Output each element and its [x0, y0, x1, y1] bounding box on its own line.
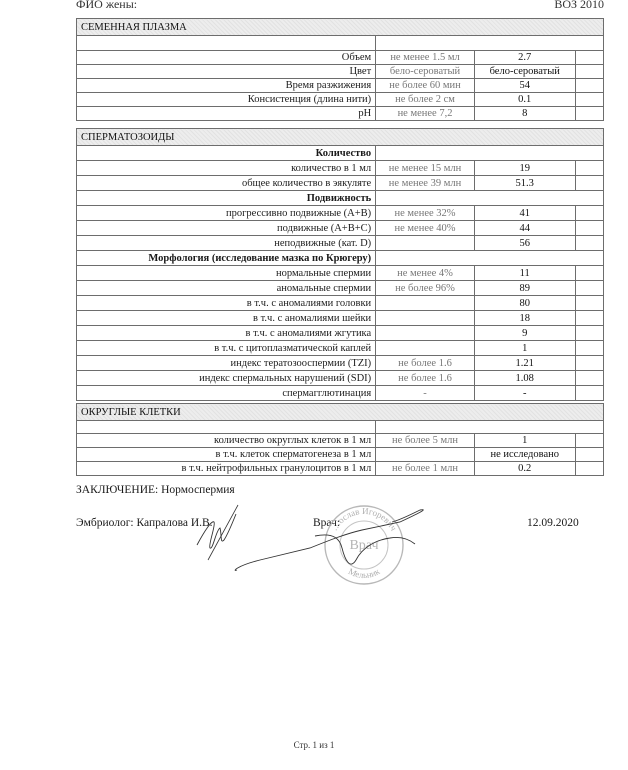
round-cells-table: ОКРУГЛЫЕ КЛЕТКИ количество округлых клет…	[76, 403, 604, 476]
blank-cell	[575, 326, 603, 341]
table-row: индекс тератозооспермии (TZI)не более 1.…	[77, 356, 604, 371]
parameter-name: неподвижные (кат. D)	[77, 236, 376, 251]
reference-norm: не более 1.6	[376, 356, 475, 371]
section-title: ОКРУГЛЫЕ КЛЕТКИ	[77, 404, 604, 421]
table-row: количество округлых клеток в 1 млне боле…	[77, 434, 604, 448]
wife-name-label: ФИО жены:	[76, 0, 137, 12]
parameter-name: pH	[77, 107, 376, 121]
result-value: -	[474, 386, 575, 401]
table-row: в т.ч. с аномалиями головки80	[77, 296, 604, 311]
parameter-name: общее количество в эякуляте	[77, 176, 376, 191]
table-row: неподвижные (кат. D)56	[77, 236, 604, 251]
blank-cell	[575, 356, 603, 371]
blank-cell	[575, 93, 603, 107]
table-row: pHне менее 7,28	[77, 107, 604, 121]
result-value: 0.2	[474, 462, 575, 476]
result-value: 8	[474, 107, 575, 121]
reference-norm: не менее 39 млн	[376, 176, 475, 191]
result-value: 44	[474, 221, 575, 236]
blank-cell	[376, 36, 604, 51]
parameter-name: индекс спермальных нарушений (SDI)	[77, 371, 376, 386]
blank-cell	[575, 448, 603, 462]
blank-cell	[575, 281, 603, 296]
blank-cell	[376, 146, 604, 161]
reference-norm	[376, 236, 475, 251]
table-row: Консистенция (длина нити)не более 2 см0.…	[77, 93, 604, 107]
svg-text:Мельник: Мельник	[347, 566, 382, 580]
reference-norm: не менее 32%	[376, 206, 475, 221]
reference-norm: не более 1.6	[376, 371, 475, 386]
subsection-title: Подвижность	[77, 191, 376, 206]
result-value: 51.3	[474, 176, 575, 191]
reference-norm: -	[376, 386, 475, 401]
table-row: прогрессивно подвижные (A+B)не менее 32%…	[77, 206, 604, 221]
blank-cell	[575, 296, 603, 311]
subsection-title: Количество	[77, 146, 376, 161]
parameter-name: в т.ч. нейтрофильных гранулоцитов в 1 мл	[77, 462, 376, 476]
parameter-name: Время разжижения	[77, 79, 376, 93]
blank-cell	[376, 421, 604, 434]
blank-cell	[77, 36, 376, 51]
reference-norm: не более 2 см	[376, 93, 475, 107]
table-row: количество в 1 млне менее 15 млн19	[77, 161, 604, 176]
reference-norm: бело-сероватый	[376, 65, 475, 79]
parameter-name: Объем	[77, 51, 376, 65]
subsection-title: Морфология (исследование мазка по Крюгер…	[77, 251, 376, 266]
result-value: 9	[474, 326, 575, 341]
reference-norm: не менее 7,2	[376, 107, 475, 121]
reference-norm: не более 1 млн	[376, 462, 475, 476]
subsection-row: Подвижность	[77, 191, 604, 206]
result-value: 80	[474, 296, 575, 311]
reference-norm: не менее 1.5 мл	[376, 51, 475, 65]
doctor-stamp-icon: …ослав Игоревич Врач Мельник	[323, 504, 405, 586]
blank-cell	[575, 311, 603, 326]
parameter-name: Цвет	[77, 65, 376, 79]
blank-cell	[575, 51, 603, 65]
parameter-name: аномальные спермии	[77, 281, 376, 296]
blank-cell	[575, 462, 603, 476]
result-value: 11	[474, 266, 575, 281]
blank-cell	[575, 266, 603, 281]
stamp-bottom-text: Мельник	[347, 566, 382, 580]
table-row: подвижные (A+B+C)не менее 40%44	[77, 221, 604, 236]
parameter-name: нормальные спермии	[77, 266, 376, 281]
result-value: 1.21	[474, 356, 575, 371]
result-value: 41	[474, 206, 575, 221]
section-title: СЕМЕННАЯ ПЛАЗМА	[77, 19, 604, 36]
stamp-top-text: …ослав Игоревич	[329, 506, 399, 533]
blank-cell	[575, 79, 603, 93]
blank-cell	[77, 421, 376, 434]
table-row: в т.ч. с цитоплазматической каплей1	[77, 341, 604, 356]
date: 12.09.2020	[527, 517, 579, 529]
table-row: индекс спермальных нарушений (SDI)не бол…	[77, 371, 604, 386]
svg-text:…ослав Игоревич: …ослав Игоревич	[329, 506, 399, 533]
result-value: 89	[474, 281, 575, 296]
blank-cell	[575, 176, 603, 191]
embryologist-signature-label: Эмбриолог: Капралова И.В.	[76, 517, 213, 529]
result-value: 0.1	[474, 93, 575, 107]
blank-cell	[376, 251, 604, 266]
reference-norm: не менее 15 млн	[376, 161, 475, 176]
reference-norm	[376, 341, 475, 356]
stamp-center-text: Врач	[349, 538, 378, 553]
parameter-name: в т.ч. клеток сперматогенеза в 1 мл	[77, 448, 376, 462]
blank-cell	[575, 434, 603, 448]
blank-cell	[575, 221, 603, 236]
result-value: не исследовано	[474, 448, 575, 462]
table-row: Цветбело-сероватыйбело-сероватый	[77, 65, 604, 79]
page-number: Стр. 1 из 1	[0, 740, 628, 750]
result-value: 19	[474, 161, 575, 176]
reference-norm: не более 5 млн	[376, 434, 475, 448]
result-value: 1	[474, 341, 575, 356]
result-value: 18	[474, 311, 575, 326]
reference-norm: не более 96%	[376, 281, 475, 296]
table-row: Объемне менее 1.5 мл2.7	[77, 51, 604, 65]
result-value: 54	[474, 79, 575, 93]
standard-label: ВОЗ 2010	[554, 0, 604, 12]
blank-cell	[575, 236, 603, 251]
table-row: Время разжиженияне более 60 мин54	[77, 79, 604, 93]
blank-cell	[575, 341, 603, 356]
reference-norm	[376, 311, 475, 326]
parameter-name: количество в 1 мл	[77, 161, 376, 176]
table-row: аномальные спермиине более 96%89	[77, 281, 604, 296]
parameter-name: подвижные (A+B+C)	[77, 221, 376, 236]
spermatozoa-table: СПЕРМАТОЗОИДЫ Количествоколичество в 1 м…	[76, 128, 604, 401]
parameter-name: количество округлых клеток в 1 мл	[77, 434, 376, 448]
seminal-plasma-table: СЕМЕННАЯ ПЛАЗМА Объемне менее 1.5 мл2.7Ц…	[76, 18, 604, 121]
subsection-row: Количество	[77, 146, 604, 161]
blank-cell	[575, 65, 603, 79]
reference-norm: не менее 40%	[376, 221, 475, 236]
table-row: спермагглютинация--	[77, 386, 604, 401]
blank-cell	[575, 386, 603, 401]
table-row: общее количество в эякулятене менее 39 м…	[77, 176, 604, 191]
table-row: в т.ч. с аномалиями жгутика9	[77, 326, 604, 341]
parameter-name: в т.ч. с аномалиями головки	[77, 296, 376, 311]
reference-norm	[376, 296, 475, 311]
parameter-name: в т.ч. с цитоплазматической каплей	[77, 341, 376, 356]
result-value: 2.7	[474, 51, 575, 65]
parameter-name: индекс тератозооспермии (TZI)	[77, 356, 376, 371]
blank-cell	[575, 161, 603, 176]
parameter-name: в т.ч. с аномалиями шейки	[77, 311, 376, 326]
result-value: 1	[474, 434, 575, 448]
table-row: в т.ч. с аномалиями шейки18	[77, 311, 604, 326]
parameter-name: спермагглютинация	[77, 386, 376, 401]
result-value: 56	[474, 236, 575, 251]
section-title: СПЕРМАТОЗОИДЫ	[77, 129, 604, 146]
table-row: нормальные спермиине менее 4%11	[77, 266, 604, 281]
blank-cell	[376, 191, 604, 206]
subsection-row: Морфология (исследование мазка по Крюгер…	[77, 251, 604, 266]
blank-cell	[575, 371, 603, 386]
table-row: в т.ч. нейтрофильных гранулоцитов в 1 мл…	[77, 462, 604, 476]
reference-norm	[376, 326, 475, 341]
table-row: в т.ч. клеток сперматогенеза в 1 млне ис…	[77, 448, 604, 462]
result-value: бело-сероватый	[474, 65, 575, 79]
parameter-name: в т.ч. с аномалиями жгутика	[77, 326, 376, 341]
blank-cell	[575, 107, 603, 121]
conclusion: ЗАКЛЮЧЕНИЕ: Нормоспермия	[76, 484, 235, 496]
result-value: 1.08	[474, 371, 575, 386]
reference-norm: не менее 4%	[376, 266, 475, 281]
reference-norm: не более 60 мин	[376, 79, 475, 93]
parameter-name: прогрессивно подвижные (A+B)	[77, 206, 376, 221]
blank-cell	[575, 206, 603, 221]
reference-norm	[376, 448, 475, 462]
parameter-name: Консистенция (длина нити)	[77, 93, 376, 107]
